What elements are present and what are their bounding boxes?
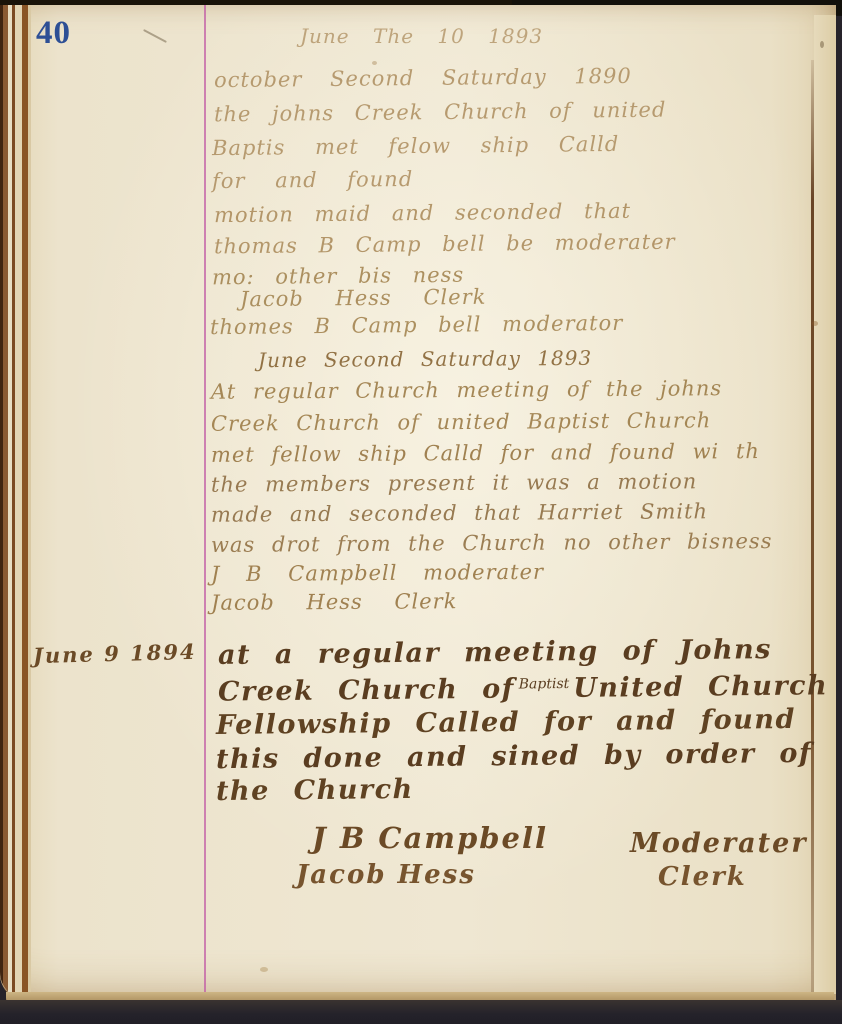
book-binding-page-edges xyxy=(0,5,40,1000)
paper-blemish xyxy=(820,41,824,48)
handwritten-header-date: June The 10 1893 xyxy=(300,25,543,47)
handwritten-line: Creek Church of united Baptist Church xyxy=(211,409,711,436)
handwritten-line: made and seconded that Harriet Smith xyxy=(211,500,708,527)
handwritten-line: Jacob Hess Clerk xyxy=(211,590,458,615)
paper-blemish xyxy=(372,61,377,65)
handwritten-line: At regular Church meeting of the johns xyxy=(211,377,722,404)
moderator-signature-role: Moderater xyxy=(630,829,808,859)
photo-background-bottom-edge xyxy=(0,1000,842,1024)
next-page-edge xyxy=(814,15,836,994)
scanned-ledger-photo: 40 June The 10 1893 october Second Satur… xyxy=(0,0,842,1024)
handwritten-line: Fellowship Called for and found xyxy=(216,705,796,741)
margin-rule-line xyxy=(204,5,206,1000)
handwritten-line: motion maid and seconded that xyxy=(214,200,631,227)
handwritten-line: for and found xyxy=(212,168,413,193)
ledger-page: 40 June The 10 1893 october Second Satur… xyxy=(0,5,836,1002)
handwritten-line: the members present it was a motion xyxy=(211,470,697,496)
page-number: 40 xyxy=(36,15,71,52)
handwritten-line: met fellow ship Calld for and found wi t… xyxy=(211,440,760,467)
handwritten-line: at a regular meeting of Johns xyxy=(218,635,772,670)
handwritten-line: this done and sined by order of xyxy=(216,739,812,775)
handwritten-line: Creek Church ofBaptistUnited Church met xyxy=(218,670,842,707)
clerk-signature-role: Clerk xyxy=(658,863,747,892)
handwritten-line: Jacob Hess Clerk xyxy=(240,286,487,312)
handwritten-line: the johns Creek Church of united xyxy=(214,99,667,127)
handwritten-line: thomes B Camp bell moderator xyxy=(210,312,623,339)
handwritten-line: thomas B Camp bell be moderater xyxy=(214,231,676,259)
margin-date-note: June 9 1894 xyxy=(33,640,197,667)
handwritten-line: the Church xyxy=(216,775,414,807)
clerk-signature-name: Jacob Hess xyxy=(296,861,476,890)
inserted-word: Baptist xyxy=(519,676,570,693)
paper-blemish xyxy=(812,321,818,326)
page-right-edge-line xyxy=(811,60,814,992)
handwritten-line: october Second Saturday 1890 xyxy=(214,65,632,92)
handwritten-line: J B Campbell moderater xyxy=(211,561,544,586)
moderator-signature-name: J B Campbell xyxy=(312,823,548,855)
handwritten-line: June Second Saturday 1893 xyxy=(258,347,592,371)
line-text: United Church met xyxy=(573,669,842,704)
paper-blemish xyxy=(260,967,268,972)
pencil-mark xyxy=(143,29,167,43)
handwritten-line: Baptis met felow ship Calld xyxy=(212,133,620,160)
line-text: Creek Church of xyxy=(218,674,515,708)
handwritten-line: was drot from the Church no other bisnes… xyxy=(211,530,773,557)
